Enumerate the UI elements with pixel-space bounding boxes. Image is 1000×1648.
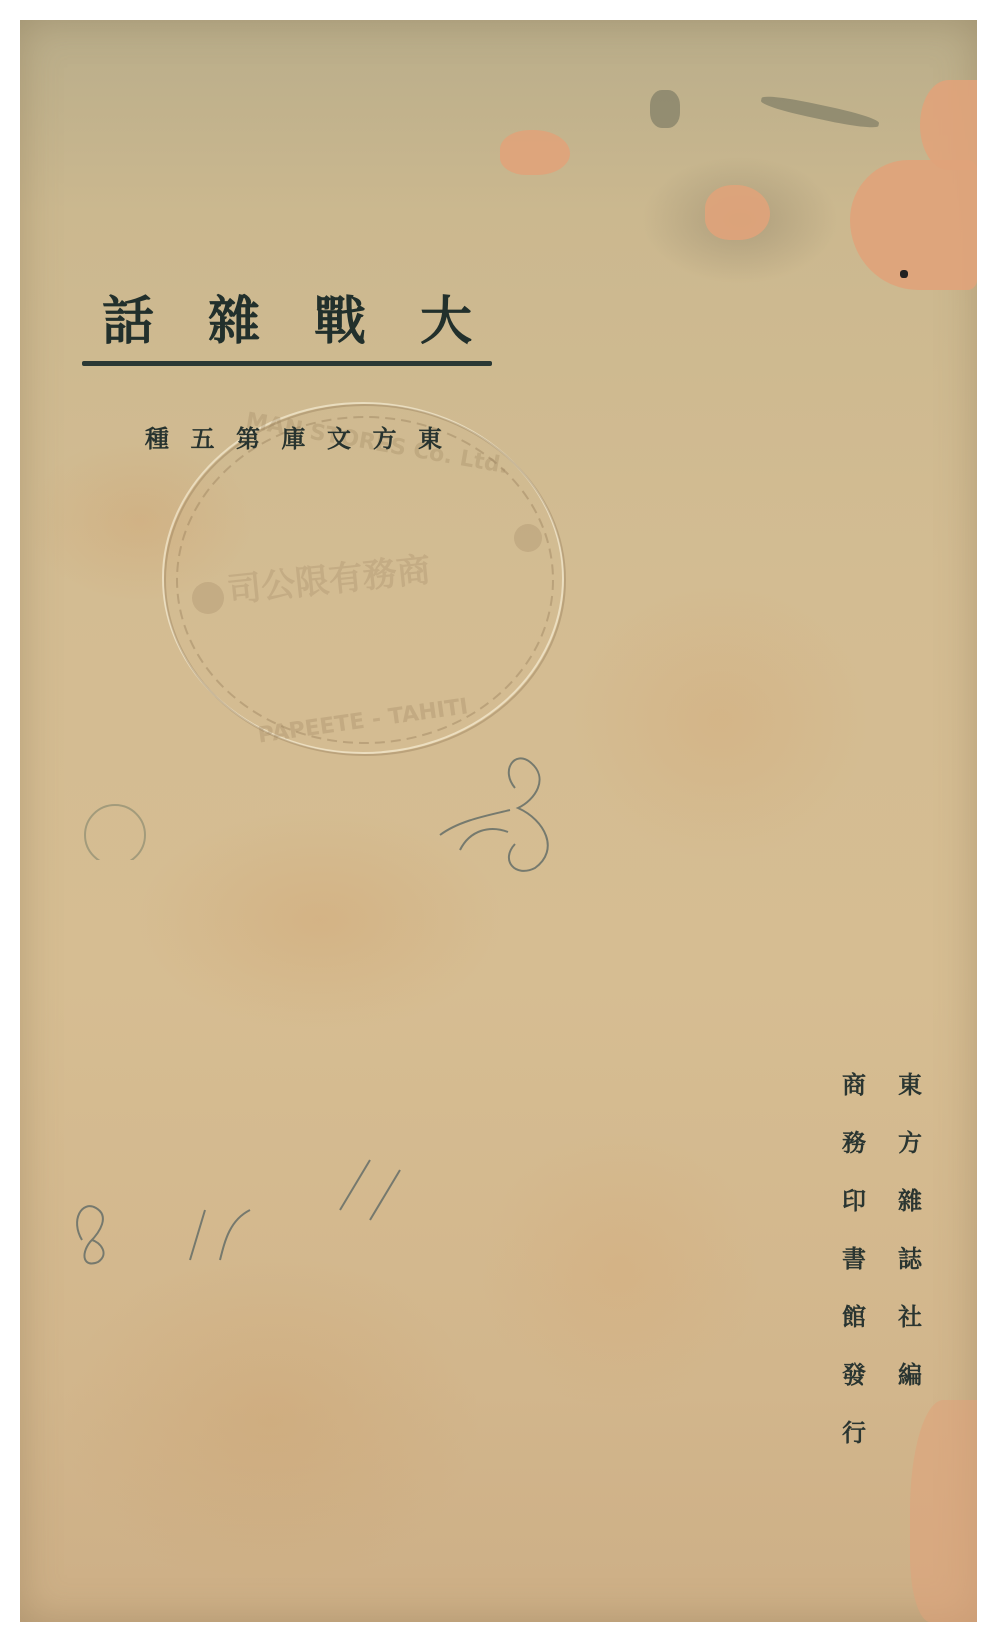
stamp-ring-mark xyxy=(75,790,155,860)
series-char: 種 xyxy=(145,424,169,454)
publisher-char: 發 xyxy=(842,1360,866,1418)
title-char: 雜 xyxy=(208,292,260,352)
editor-char: 東 xyxy=(898,1070,922,1128)
series-char: 第 xyxy=(236,424,260,454)
pencil-number-83 xyxy=(420,740,570,880)
series-char: 方 xyxy=(373,424,397,454)
series-char: 庫 xyxy=(282,424,306,454)
series-char: 五 xyxy=(191,424,215,454)
paper-grime xyxy=(900,270,908,278)
series-char: 文 xyxy=(327,424,351,454)
publisher-char: 商 xyxy=(842,1070,866,1128)
publisher-char: 館 xyxy=(842,1302,866,1360)
title-char: 話 xyxy=(102,292,154,352)
paper-stain xyxy=(920,80,977,170)
publisher-char: 務 xyxy=(842,1128,866,1186)
publisher-column: 商 務 印 書 館 發 行 xyxy=(842,1070,866,1476)
editor-char: 方 xyxy=(898,1128,922,1186)
series-char: 東 xyxy=(418,424,442,454)
pencil-note xyxy=(70,1150,410,1270)
editor-column: 東 方 雜 誌 社 編 xyxy=(898,1070,922,1418)
title-char: 大 xyxy=(420,292,472,352)
editor-char: 編 xyxy=(898,1360,922,1418)
publisher-char: 印 xyxy=(842,1186,866,1244)
editor-char: 誌 xyxy=(898,1244,922,1302)
title-char: 戰 xyxy=(314,292,366,352)
paper-stain xyxy=(850,160,977,290)
paper-stain xyxy=(910,1400,977,1622)
book-cover-page: 大 戰 雜 話 PAPEETE - TAHITI MAN STORES Co. … xyxy=(20,20,977,1622)
paper-stain xyxy=(705,185,770,240)
paper-grime xyxy=(650,90,680,128)
series-label: 東 方 文 庫 第 五 種 xyxy=(145,424,442,454)
title-underline xyxy=(82,361,492,366)
publisher-char: 行 xyxy=(842,1418,866,1476)
publisher-char: 書 xyxy=(842,1244,866,1302)
paper-stain xyxy=(500,130,570,175)
editor-char: 社 xyxy=(898,1302,922,1360)
svg-text:司公限有務商: 司公限有務商 xyxy=(225,550,432,611)
book-title: 大 戰 雜 話 xyxy=(102,292,472,352)
paper-grime xyxy=(760,93,880,132)
editor-char: 雜 xyxy=(898,1186,922,1244)
